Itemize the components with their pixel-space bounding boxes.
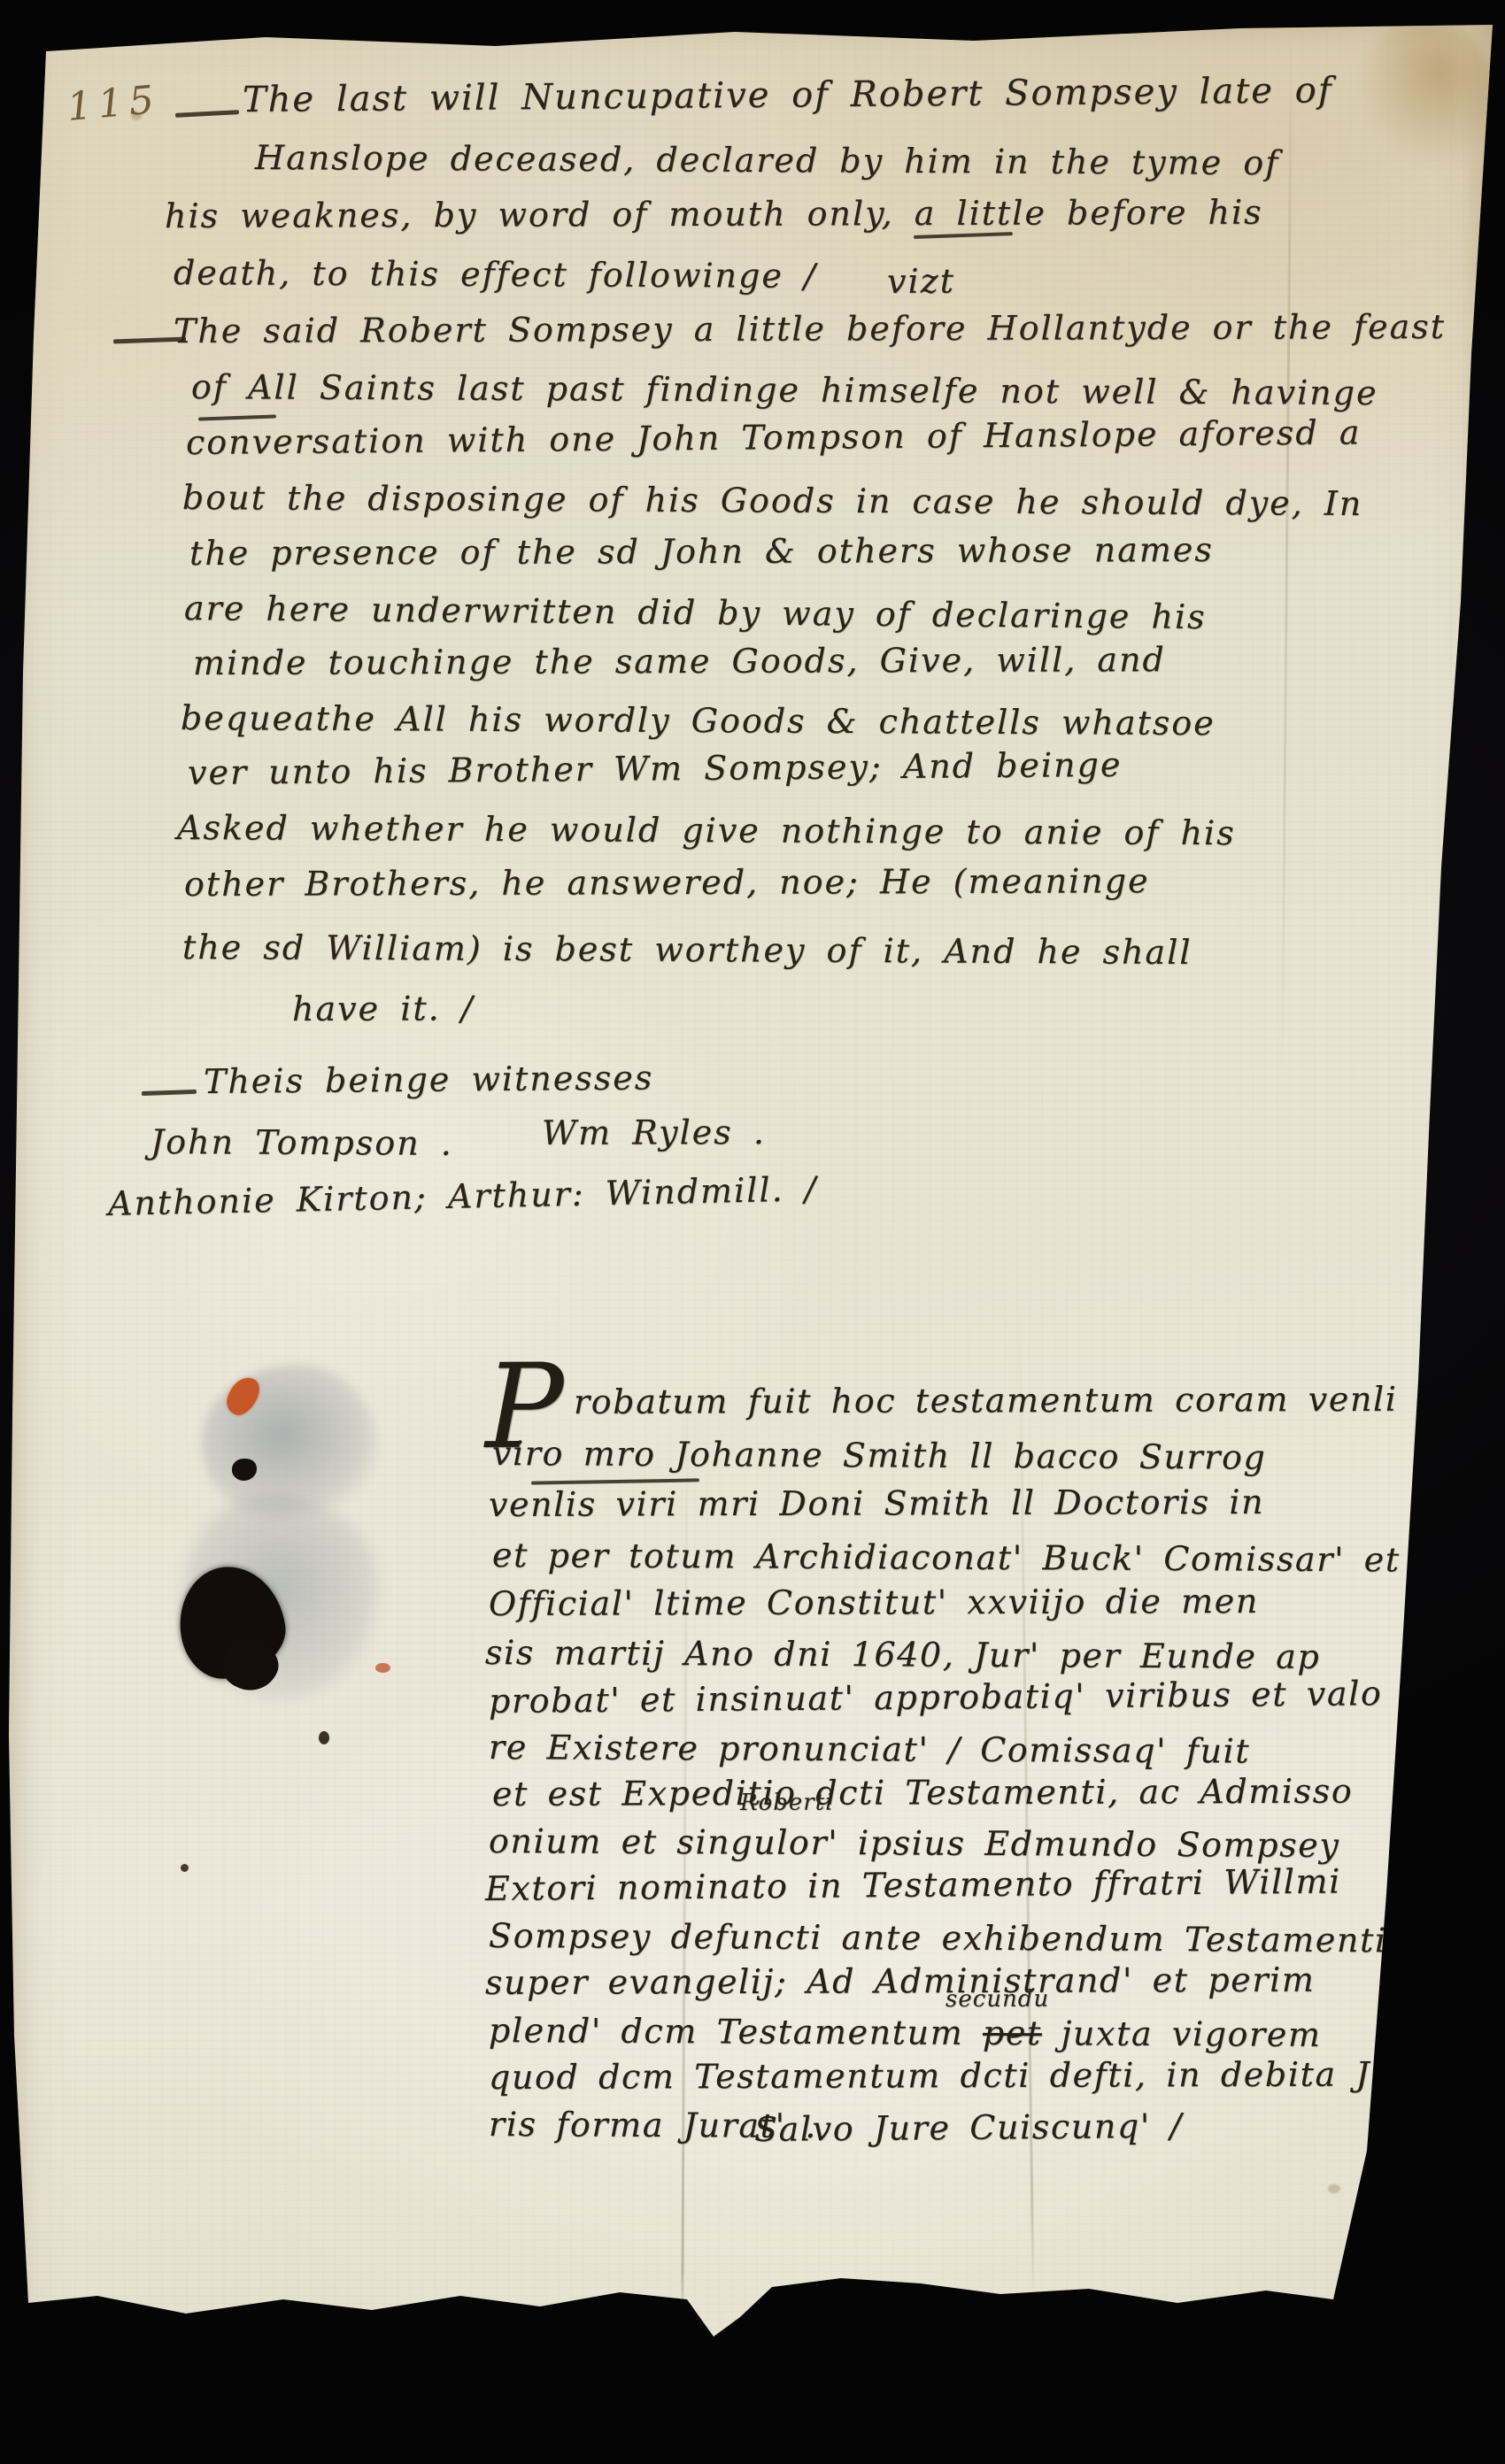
viz-label: vizt [887, 261, 955, 301]
manuscript-line: the presence of the sd John & others who… [189, 530, 1214, 573]
ink-blot [215, 1630, 285, 1698]
witness-name: Wm Ryles . [542, 1113, 766, 1152]
manuscript-line: probat' et insinuat' approbatiq' viribus… [489, 1674, 1383, 1721]
manuscript-line: Sompsey defuncti ante exhibendum Testame… [489, 1916, 1462, 1960]
interlinear-insertion: Roberti [740, 1790, 834, 1816]
manuscript-line: bequeathe All his wordly Goods & chattel… [181, 698, 1216, 743]
wax-fleck [375, 1663, 390, 1673]
witness-name: Anthonie Kirton; Arthur: Windmill. / [108, 1169, 818, 1223]
pen-flourish [142, 1090, 197, 1096]
ink-speck [319, 1731, 329, 1744]
manuscript-line: et est Expeditio dcti Testamenti, ac Adm… [492, 1772, 1353, 1813]
manuscript-line: sis martij Ano dni 1640, Jur' per Eunde … [485, 1633, 1321, 1676]
line-segment: juxta vigorem [1042, 2014, 1322, 2054]
manuscript-line: super evangelij; Ad Administrand' et per… [485, 1960, 1316, 2002]
manuscript-line: Salvo Jure Cuiscunq' / [754, 2106, 1183, 2149]
manuscript-line: viro mro Johanne Smith ll bacco Surrog [492, 1434, 1267, 1477]
manuscript-line: of All Saints last past findinge himself… [191, 367, 1378, 412]
witness-intro: Theis beinge witnesses [204, 1059, 654, 1101]
foxing-spot [1328, 2184, 1340, 2193]
manuscript-line: minde touchinge the same Goods, Give, wi… [193, 640, 1166, 682]
corner-stain [1354, 19, 1496, 170]
line-segment: plend' dcm Testamentum [489, 2011, 983, 2052]
ink-blot [173, 1559, 291, 1683]
pen-flourish [175, 110, 239, 118]
manuscript-line: ver unto his Brother Wm Sompsey; And bei… [188, 745, 1123, 792]
ink-smudge [179, 1494, 381, 1702]
manuscript-line: onium et singulor' ipsius Edmundo Sompse… [489, 1821, 1340, 1865]
manuscript-line: The said Robert Sompsey a little before … [174, 307, 1446, 350]
manuscript-line: quod dcm Testamentum dcti defti, in debi… [489, 2054, 1393, 2097]
manuscript-line: venlis viri mri Doni Smith ll Doctoris i… [489, 1482, 1264, 1524]
manuscript-line: his weaknes, by word of mouth only, a li… [165, 193, 1263, 235]
manuscript-line: other Brothers, he answered, noe; He (me… [184, 861, 1150, 904]
witness-name: John Tompson . [150, 1122, 453, 1163]
manuscript-line: bout the disposinge of his Goods in case… [182, 478, 1363, 523]
ink-smudge [202, 1365, 379, 1520]
underline-mark [198, 414, 276, 420]
ink-spot [232, 1459, 257, 1481]
folio-number: 115 [66, 77, 162, 130]
manuscript-line: conversation with one John Tompson of Ha… [186, 412, 1362, 462]
photo-stage: 115 The last will Nuncupative of Robert … [0, 0, 1505, 2464]
manuscript-line: et per totum Archidiaconat' Buck' Comiss… [492, 1536, 1401, 1579]
manuscript-line: the sd William) is best worthey of it, A… [182, 928, 1192, 972]
manuscript-line: re Existere pronunciat' / Comissaq' fuit [489, 1728, 1250, 1771]
paper-crease [1281, 35, 1293, 1080]
manuscript-line: have it. / [292, 989, 475, 1028]
manuscript-line: Asked whether he would give nothinge to … [177, 808, 1236, 852]
manuscript-line: Extori nominato in Testamento ffratri Wi… [485, 1862, 1341, 1908]
ink-speck [181, 1864, 189, 1872]
underline-mark [914, 232, 1013, 239]
struck-word: pet [983, 2014, 1042, 2052]
manuscript-line: Official' ltime Constitut' xxviijo die m… [489, 1582, 1259, 1623]
manuscript-line: The last will Nuncupative of Robert Somp… [243, 70, 1333, 120]
interlinear-correction: secundu [945, 1986, 1049, 2013]
manuscript-line: death, to this effect followinge / [174, 253, 817, 296]
manuscript-line: Hanslope deceased, declared by him in th… [255, 138, 1279, 182]
manuscript-line: plend' dcm Testamentum pet juxta vigorem [489, 2011, 1322, 2054]
wax-fleck [222, 1372, 265, 1420]
manuscript-line: are here underwritten did by way of decl… [184, 589, 1207, 636]
manuscript-paper: 115 The last will Nuncupative of Robert … [0, 0, 1505, 2464]
manuscript-line: robatum fuit hoc testamentum coram venli [574, 1380, 1398, 1421]
